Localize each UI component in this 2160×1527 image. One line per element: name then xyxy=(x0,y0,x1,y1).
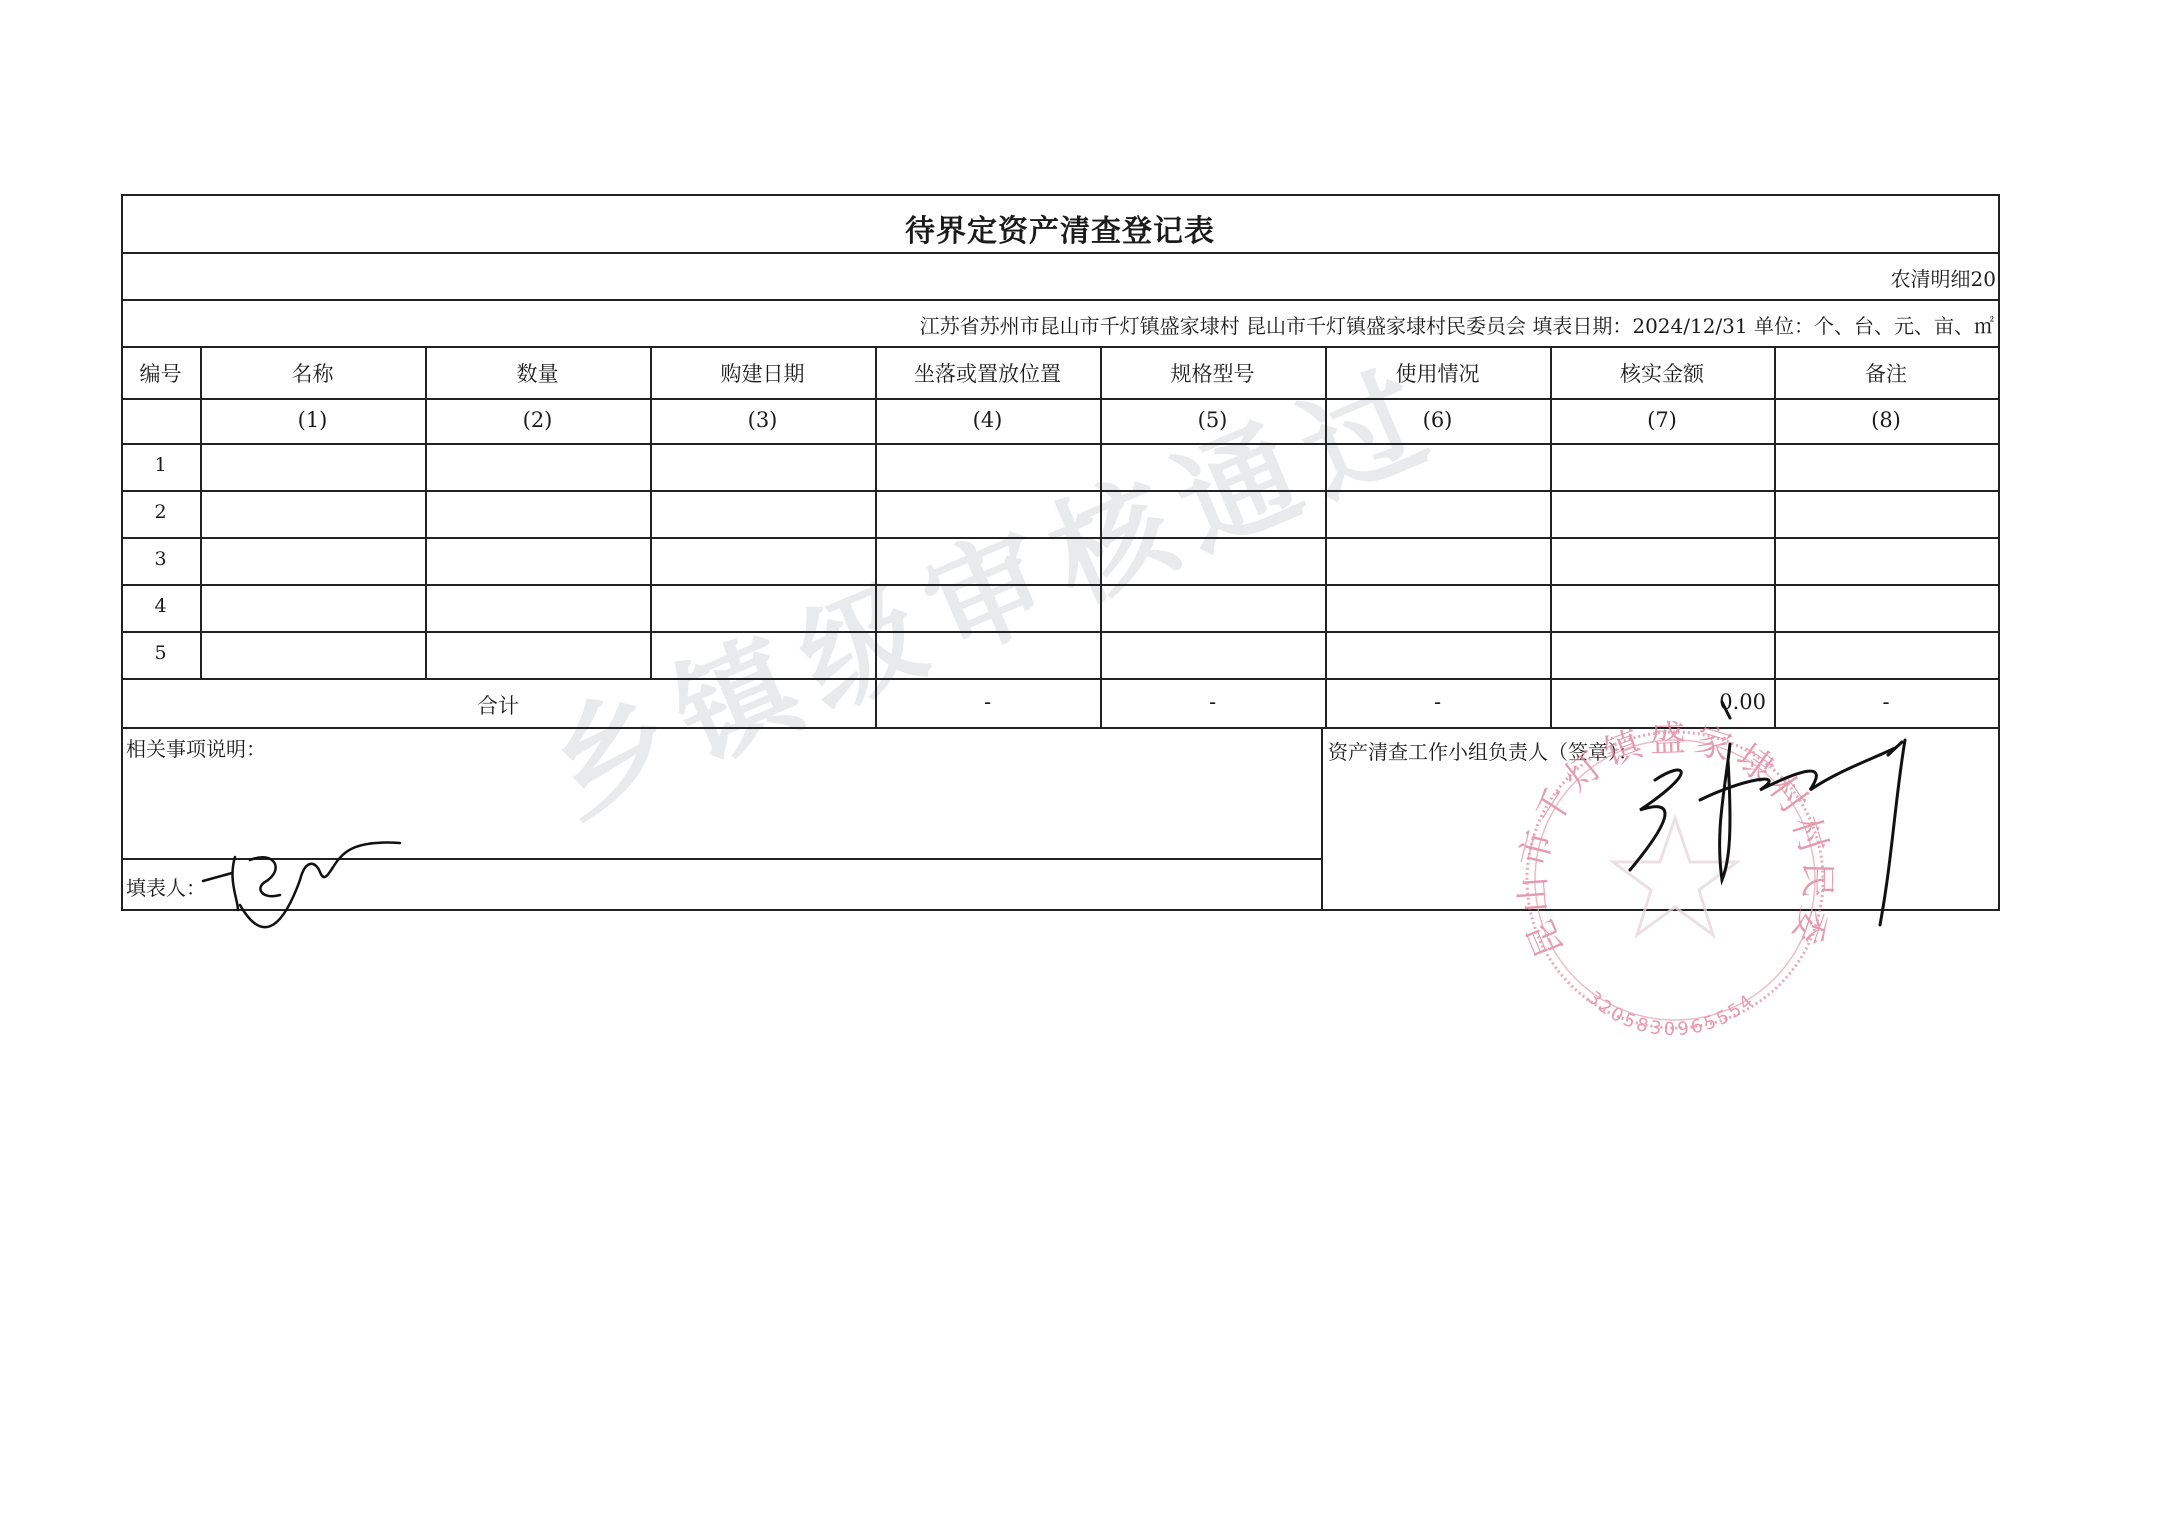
rule xyxy=(121,252,2000,254)
col-rule xyxy=(650,346,652,678)
column-index: (3) xyxy=(650,408,875,432)
column-header: 规格型号 xyxy=(1100,358,1325,388)
rule xyxy=(121,678,2000,680)
rule xyxy=(121,490,2000,492)
border-top xyxy=(121,194,2000,196)
column-index: (2) xyxy=(425,408,650,432)
rule xyxy=(121,398,2000,400)
col-rule xyxy=(1325,346,1327,727)
column-index: (8) xyxy=(1774,408,1998,432)
official-seal-icon: 昆山市千灯镇盛家埭村村民委员会 3205830965554 xyxy=(0,0,1837,1040)
column-index: (5) xyxy=(1100,408,1325,432)
leader-label: 资产清查工作小组负责人（签章）： xyxy=(1328,736,1638,765)
col-rule xyxy=(425,346,427,678)
column-header: 编号 xyxy=(121,358,200,388)
column-header: 名称 xyxy=(200,358,425,388)
rule xyxy=(121,346,2000,348)
total-amount: 0.00 xyxy=(1550,690,1766,714)
rule xyxy=(121,584,2000,586)
form-code: 农清明细20 xyxy=(1891,263,1996,292)
column-header: 坐落或置放位置 xyxy=(875,358,1100,388)
form-title: 待界定资产清查登记表 xyxy=(0,206,2120,250)
rule xyxy=(121,537,2000,539)
rule xyxy=(121,631,2000,633)
svg-text:昆山市千灯镇盛家埭村村民委员会: 昆山市千灯镇盛家埭村村民委员会 xyxy=(0,0,1837,963)
row-number: 1 xyxy=(121,454,200,476)
total-label: 合计 xyxy=(121,690,875,720)
border-bottom xyxy=(121,909,2000,911)
signature-divider xyxy=(1321,727,1323,911)
column-header: 数量 xyxy=(425,358,650,388)
col-rule xyxy=(1550,346,1552,727)
column-index: (1) xyxy=(200,408,425,432)
rule xyxy=(121,727,2000,729)
filler-label: 填表人： xyxy=(126,872,206,901)
rule xyxy=(121,443,2000,445)
total-usage: - xyxy=(1325,690,1550,714)
row-number: 3 xyxy=(121,548,200,570)
notes-label: 相关事项说明： xyxy=(126,733,266,762)
col-rule xyxy=(1774,346,1776,727)
column-index: (7) xyxy=(1550,408,1774,432)
row-number: 5 xyxy=(121,642,200,664)
info-line: 江苏省苏州市昆山市千灯镇盛家埭村 昆山市千灯镇盛家埭村民委员会 填表日期：202… xyxy=(920,310,1994,339)
border-right xyxy=(1998,194,2000,911)
rule xyxy=(121,858,1321,860)
filler-signature-icon xyxy=(203,843,400,928)
form-sheet: 乡镇级审核通过 待界定资产清查登记表 农清明细20 江苏省苏州市昆山市千灯镇盛家… xyxy=(0,0,2160,1527)
column-index: (4) xyxy=(875,408,1100,432)
col-rule xyxy=(875,346,877,727)
column-header: 备注 xyxy=(1774,358,1998,388)
column-header: 使用情况 xyxy=(1325,358,1550,388)
row-number: 4 xyxy=(121,595,200,617)
column-header: 购建日期 xyxy=(650,358,875,388)
total-remark: - xyxy=(1774,690,1998,714)
total-location: - xyxy=(875,690,1100,714)
column-index: (6) xyxy=(1325,408,1550,432)
column-header: 核实金额 xyxy=(1550,358,1774,388)
rule xyxy=(121,299,2000,301)
leader-signature-icon xyxy=(1630,702,1905,925)
total-spec: - xyxy=(1100,690,1325,714)
col-rule xyxy=(200,346,202,678)
svg-text:3205830965554: 3205830965554 xyxy=(1583,987,1759,1040)
col-rule xyxy=(1100,346,1102,727)
row-number: 2 xyxy=(121,501,200,523)
